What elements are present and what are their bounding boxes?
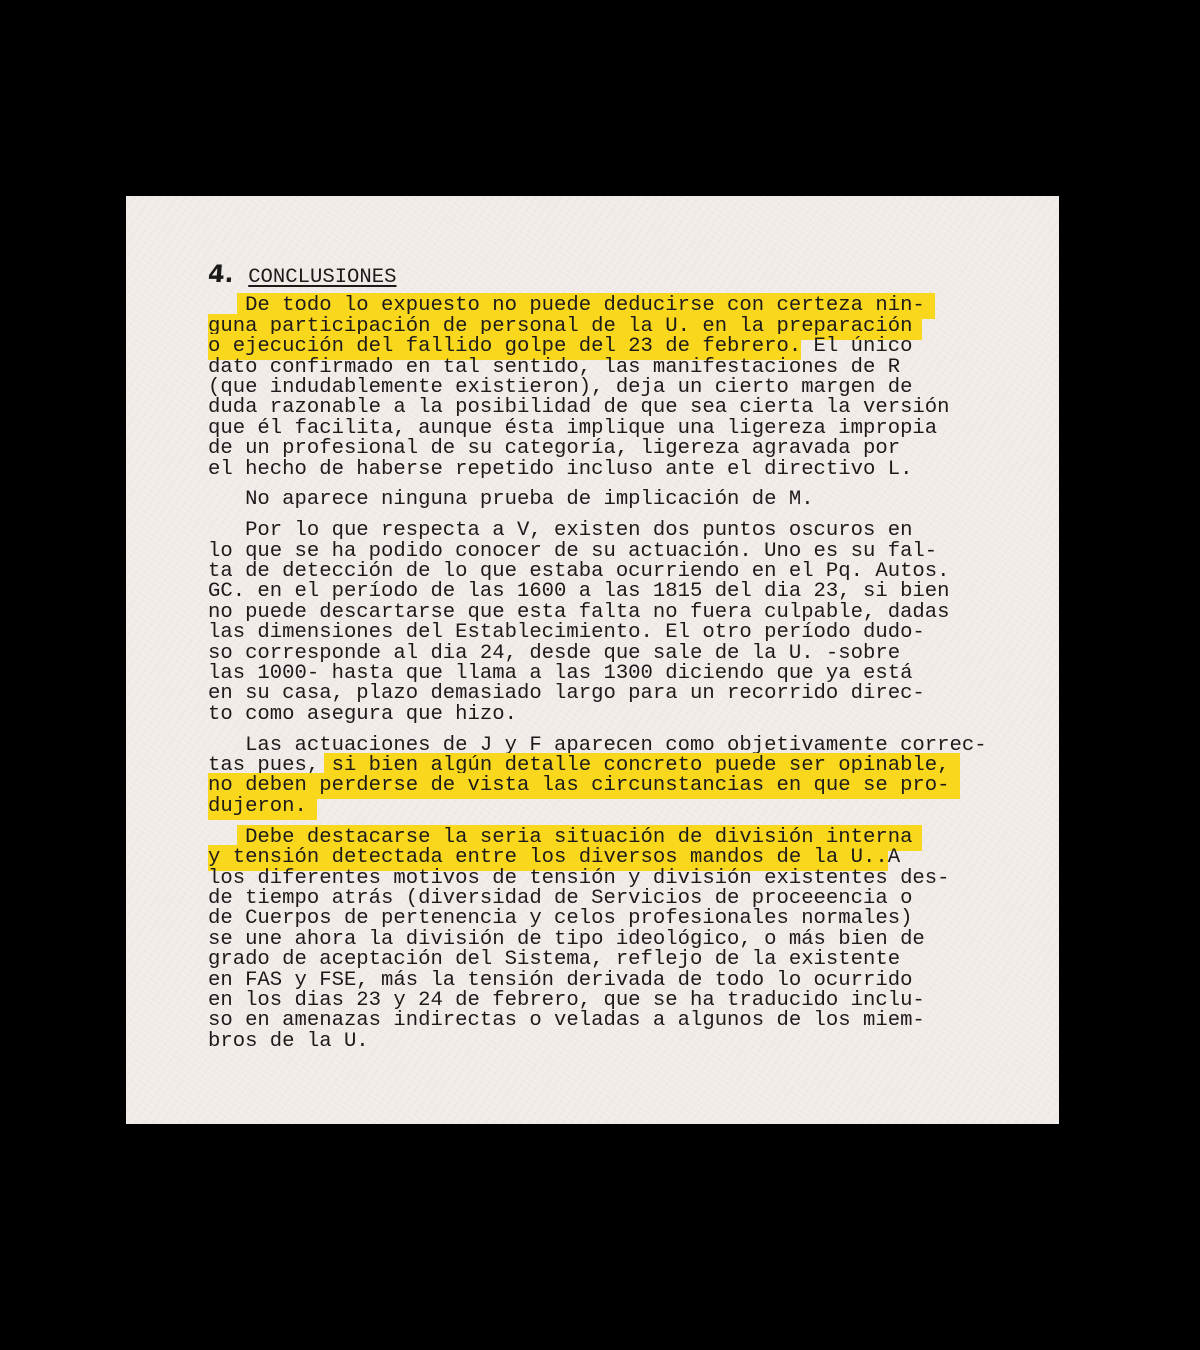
paragraph: De todo lo expuesto no puede deducirse c… [208,296,1008,480]
highlighted-text: dujeron. [208,794,317,820]
paragraph: No aparece ninguna prueba de implicación… [208,490,1008,510]
text-line: que él facilita, aunque ésta implique un… [208,419,1008,439]
text-line: no puede descartarse que esta falta no f… [208,603,1008,623]
paragraph: Por lo que respecta a V, existen dos pun… [208,521,1008,725]
text-line: No aparece ninguna prueba de implicación… [208,490,1008,510]
paragraph: Las actuaciones de J y F aparecen como o… [208,736,1008,818]
text-line: en los dias 23 y 24 de febrero, que se h… [208,991,1008,1011]
document-body: 4. CONCLUSIONES De todo lo expuesto no p… [208,264,1008,1052]
line-text: to como asegura que hizo. [208,703,517,726]
highlighted-text: no deben perderse de vista las circunsta… [208,773,960,799]
text-line: duda razonable a la posibilidad de que s… [208,398,1008,418]
line-text: No aparece ninguna prueba de implicación… [245,488,813,511]
section-heading: 4. CONCLUSIONES [208,264,1008,284]
section-title: CONCLUSIONES [248,266,396,289]
text-line: y tensión detectada entre los diversos m… [208,848,1008,868]
paragraphs: De todo lo expuesto no puede deducirse c… [208,296,1008,1052]
text-line: dujeron. [208,797,1008,817]
text-line: las dimensiones del Establecimiento. El … [208,623,1008,643]
text-line: grado de aceptación del Sistema, reflejo… [208,950,1008,970]
text-line: de un profesional de su categoría, liger… [208,439,1008,459]
text-line: de tiempo atrás (diversidad de Servicios… [208,889,1008,909]
text-line: se une ahora la división de tipo ideológ… [208,930,1008,950]
text-line: en su casa, plazo demasiado largo para u… [208,684,1008,704]
text-line: bros de la U. [208,1032,1008,1052]
text-line: to como asegura que hizo. [208,705,1008,725]
paragraph: Debe destacarse la seria situación de di… [208,828,1008,1052]
text-line: dato confirmado en tal sentido, las mani… [208,358,1008,378]
text-line: en FAS y FSE, más la tensión derivada de… [208,971,1008,991]
text-line: los diferentes motivos de tensión y divi… [208,869,1008,889]
text-line: so corresponde al dia 24, desde que sale… [208,644,1008,664]
text-line: de Cuerpos de pertenencia y celos profes… [208,909,1008,929]
text-line: Por lo que respecta a V, existen dos pun… [208,521,1008,541]
text-line: el hecho de haberse repetido incluso ant… [208,460,1008,480]
text-line: o ejecución del fallido golpe del 23 de … [208,337,1008,357]
text-line: so en amenazas indirectas o veladas a al… [208,1011,1008,1031]
text-line: (que indudablemente existieron), deja un… [208,378,1008,398]
text-line: GC. en el período de las 1600 a las 1815… [208,582,1008,602]
text-line: lo que se ha podido conocer de su actuac… [208,542,1008,562]
line-text: bros de la U. [208,1030,369,1053]
text-line: ta de detección de lo que estaba ocurrie… [208,562,1008,582]
text-line: no deben perderse de vista las circunsta… [208,776,1008,796]
line-text: el hecho de haberse repetido incluso ant… [208,458,912,481]
text-line: las 1000- hasta que llama a las 1300 dic… [208,664,1008,684]
section-number: 4. [207,264,234,284]
